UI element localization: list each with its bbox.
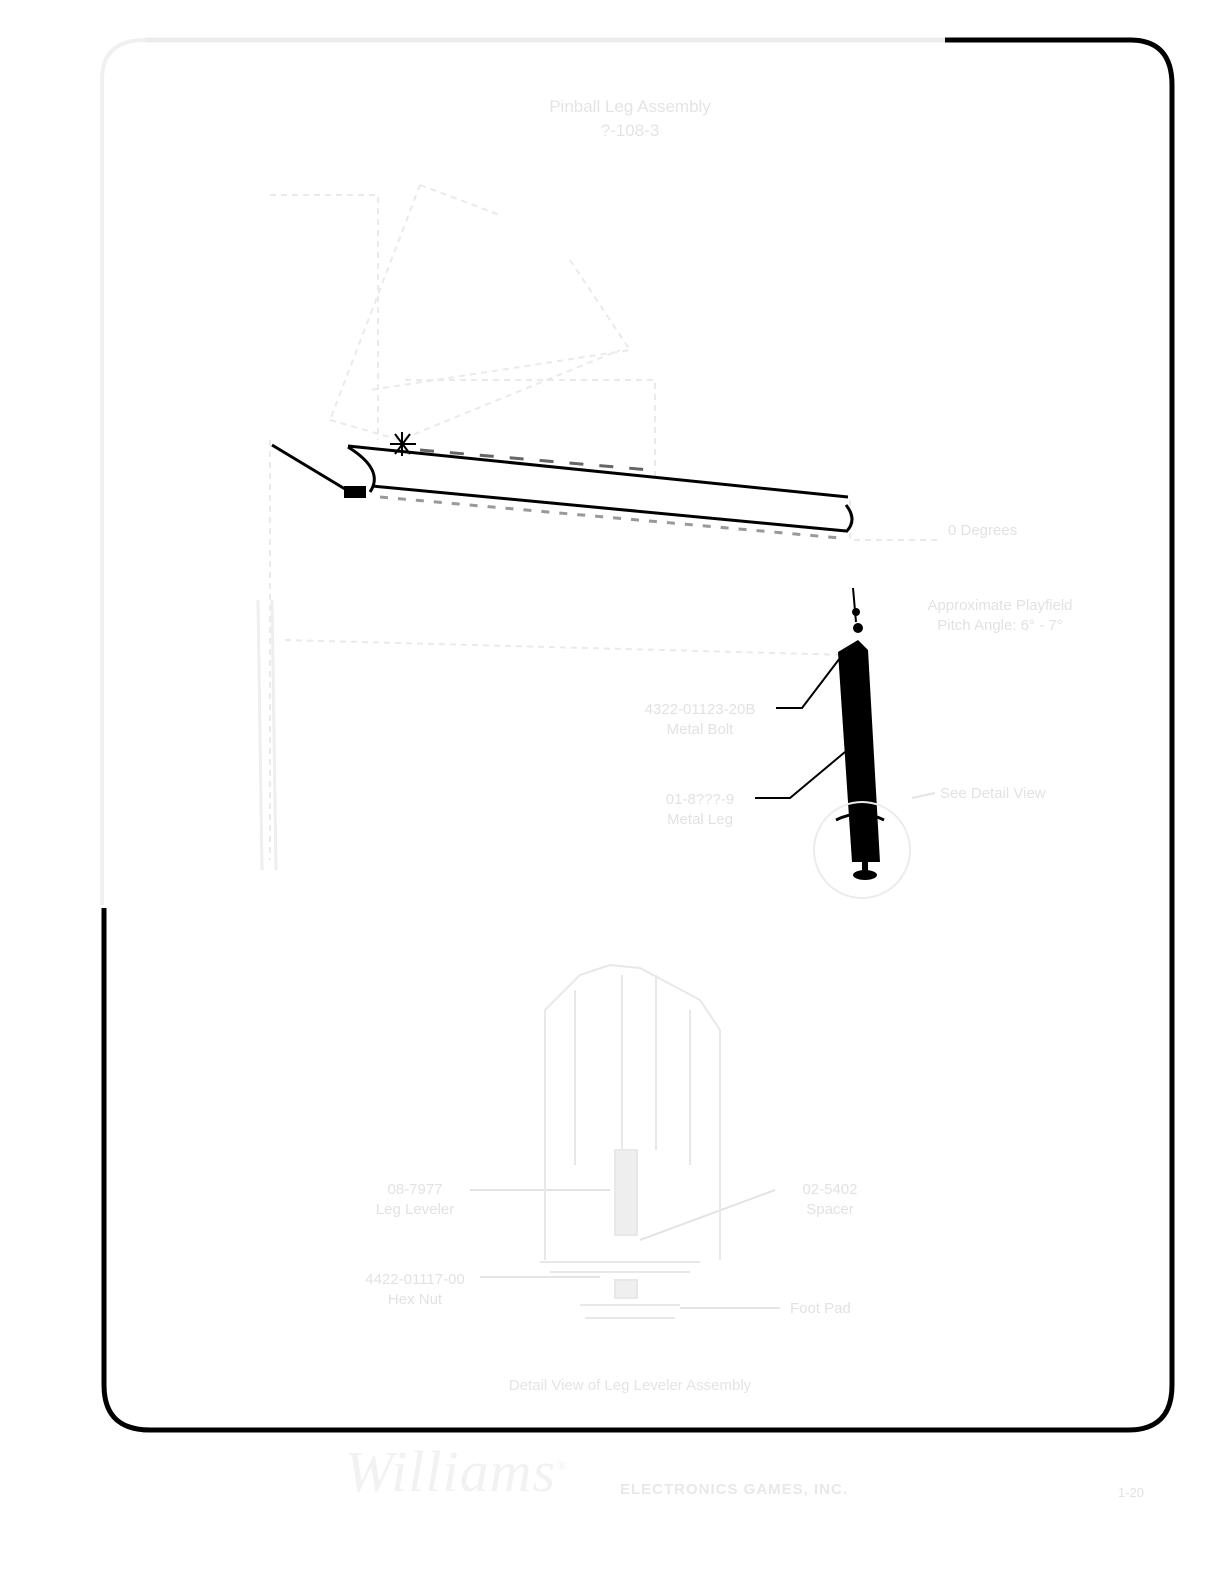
leg-name: Metal Leg: [640, 810, 760, 830]
nut-part-number: 4422-01117-00: [340, 1270, 490, 1290]
title-line-2: ?-108-3: [430, 119, 830, 143]
diagram-title: Pinball Leg Assembly ?-108-3: [430, 95, 830, 143]
pitch-line-1: Approximate Playfield: [900, 596, 1100, 616]
page-number: 1-20: [1118, 1485, 1144, 1500]
leveler-part-number: 08-7977: [350, 1180, 480, 1200]
detail-caption: Detail View of Leg Leveler Assembly: [380, 1377, 880, 1394]
brand-name: Williams: [345, 1439, 556, 1504]
bolt-part-number: 4322-01123-20B: [630, 700, 770, 720]
raised-playfield-ghost: [270, 185, 940, 860]
leg-callout: 01-8???-9 Metal Leg: [640, 790, 760, 830]
leg-part-number: 01-8???-9: [640, 790, 760, 810]
see-detail-label: See Detail View: [940, 784, 1046, 804]
company-name: ELECTRONICS GAMES, INC.: [620, 1481, 848, 1498]
foot-pad-label: Foot Pad: [790, 1299, 851, 1319]
bolt-callout: 4322-01123-20B Metal Bolt: [630, 700, 770, 740]
bolt-name: Metal Bolt: [630, 720, 770, 740]
leveler-name: Leg Leveler: [350, 1200, 480, 1220]
cabinet-drawing: [258, 432, 852, 870]
pitch-angle-label: Approximate Playfield Pitch Angle: 6° - …: [900, 596, 1100, 636]
registered-mark: ®: [556, 1460, 568, 1475]
nut-name: Hex Nut: [340, 1290, 490, 1310]
zero-degrees-label: 0 Degrees: [948, 521, 1017, 541]
front-leg: [814, 588, 910, 898]
williams-logo: Williams®: [345, 1438, 568, 1505]
spacer-name: Spacer: [780, 1200, 880, 1220]
leveler-callout: 08-7977 Leg Leveler: [350, 1180, 480, 1220]
spacer-part-number: 02-5402: [780, 1180, 880, 1200]
spacer-callout: 02-5402 Spacer: [780, 1180, 880, 1220]
leg-leveler-detail-drawing: [540, 965, 720, 1318]
hex-nut-callout: 4422-01117-00 Hex Nut: [340, 1270, 490, 1310]
title-line-1: Pinball Leg Assembly: [430, 95, 830, 119]
pitch-line-2: Pitch Angle: 6° - 7°: [900, 616, 1100, 636]
